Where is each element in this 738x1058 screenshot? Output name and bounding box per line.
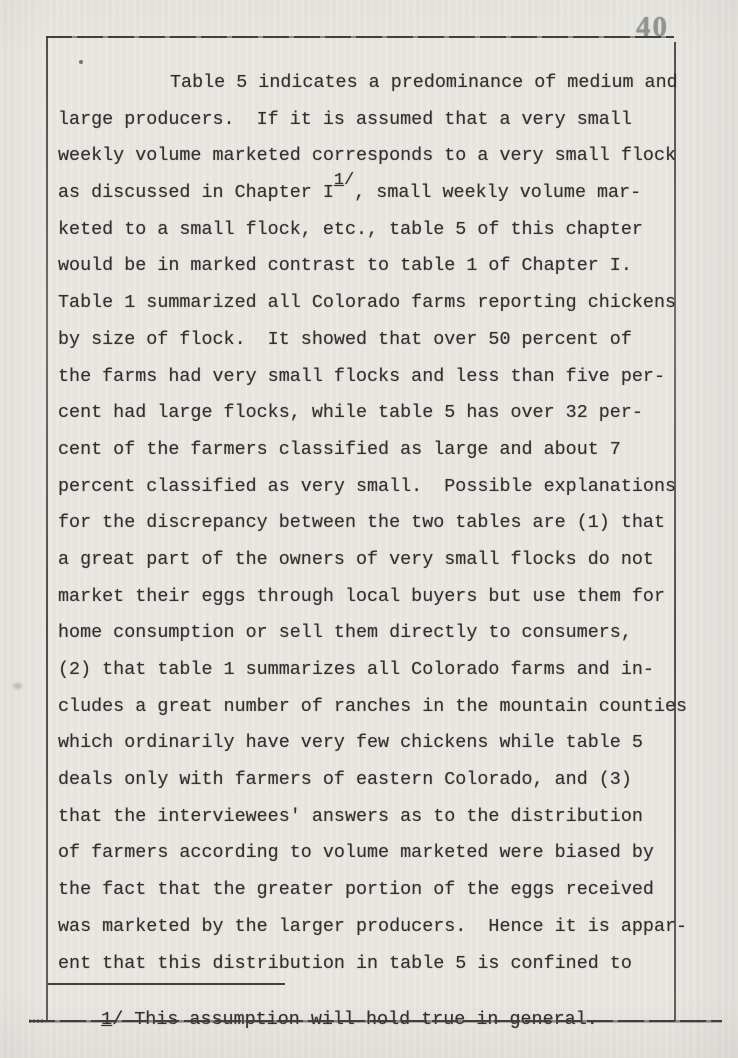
text-line: cludes a great number of ranches in the … bbox=[58, 689, 676, 726]
text-line: would be in marked contrast to table 1 o… bbox=[58, 248, 676, 285]
paper-speck bbox=[79, 60, 83, 64]
text-line: deals only with farmers of eastern Color… bbox=[58, 762, 676, 799]
text-line: weekly volume marketed corresponds to a … bbox=[58, 138, 676, 175]
text-line: was marketed by the larger producers. He… bbox=[58, 909, 676, 946]
text-line: that the interviewees' answers as to the… bbox=[58, 799, 676, 836]
text-line: percent classified as very small. Possib… bbox=[58, 469, 676, 506]
text-line: of farmers according to volume marketed … bbox=[58, 835, 676, 872]
bottom-rule bbox=[29, 1020, 722, 1022]
text-line: the fact that the greater portion of the… bbox=[58, 872, 676, 909]
page-number: 40 bbox=[636, 11, 669, 44]
text-line: the farms had very small flocks and less… bbox=[58, 359, 676, 396]
text-line: cent of the farmers classified as large … bbox=[58, 432, 676, 469]
text-line: keted to a small flock, etc., table 5 of… bbox=[58, 212, 676, 249]
top-rule bbox=[46, 36, 674, 38]
text-line: a great part of the owners of very small… bbox=[58, 542, 676, 579]
text-line: which ordinarily have very few chickens … bbox=[58, 725, 676, 762]
left-border-rule bbox=[46, 36, 48, 1021]
text-line: for the discrepancy between the two tabl… bbox=[58, 505, 676, 542]
paper-smudge bbox=[13, 683, 22, 689]
text-line: market their eggs through local buyers b… bbox=[58, 579, 676, 616]
text-line: by size of flock. It showed that over 50… bbox=[58, 322, 676, 359]
footnote-reference-marker: 1/ bbox=[334, 171, 354, 190]
text-line: ent that this distribution in table 5 is… bbox=[58, 946, 676, 983]
text-line: cent had large flocks, while table 5 has… bbox=[58, 395, 676, 432]
footnote-separator-rule bbox=[48, 983, 285, 985]
text-line: home consumption or sell them directly t… bbox=[58, 615, 676, 652]
text-line: (2) that table 1 summarizes all Colorado… bbox=[58, 652, 676, 689]
text-line: Table 1 summarized all Colorado farms re… bbox=[58, 285, 676, 322]
text-line: large producers. If it is assumed that a… bbox=[58, 102, 676, 139]
text-line: Table 5 indicates a predominance of medi… bbox=[58, 65, 676, 102]
text-line: as discussed in Chapter I1/, small weekl… bbox=[58, 175, 676, 212]
body-text: Table 5 indicates a predominance of medi… bbox=[58, 65, 676, 982]
scanned-page: 40 Table 5 indicates a predominance of m… bbox=[0, 0, 738, 1058]
